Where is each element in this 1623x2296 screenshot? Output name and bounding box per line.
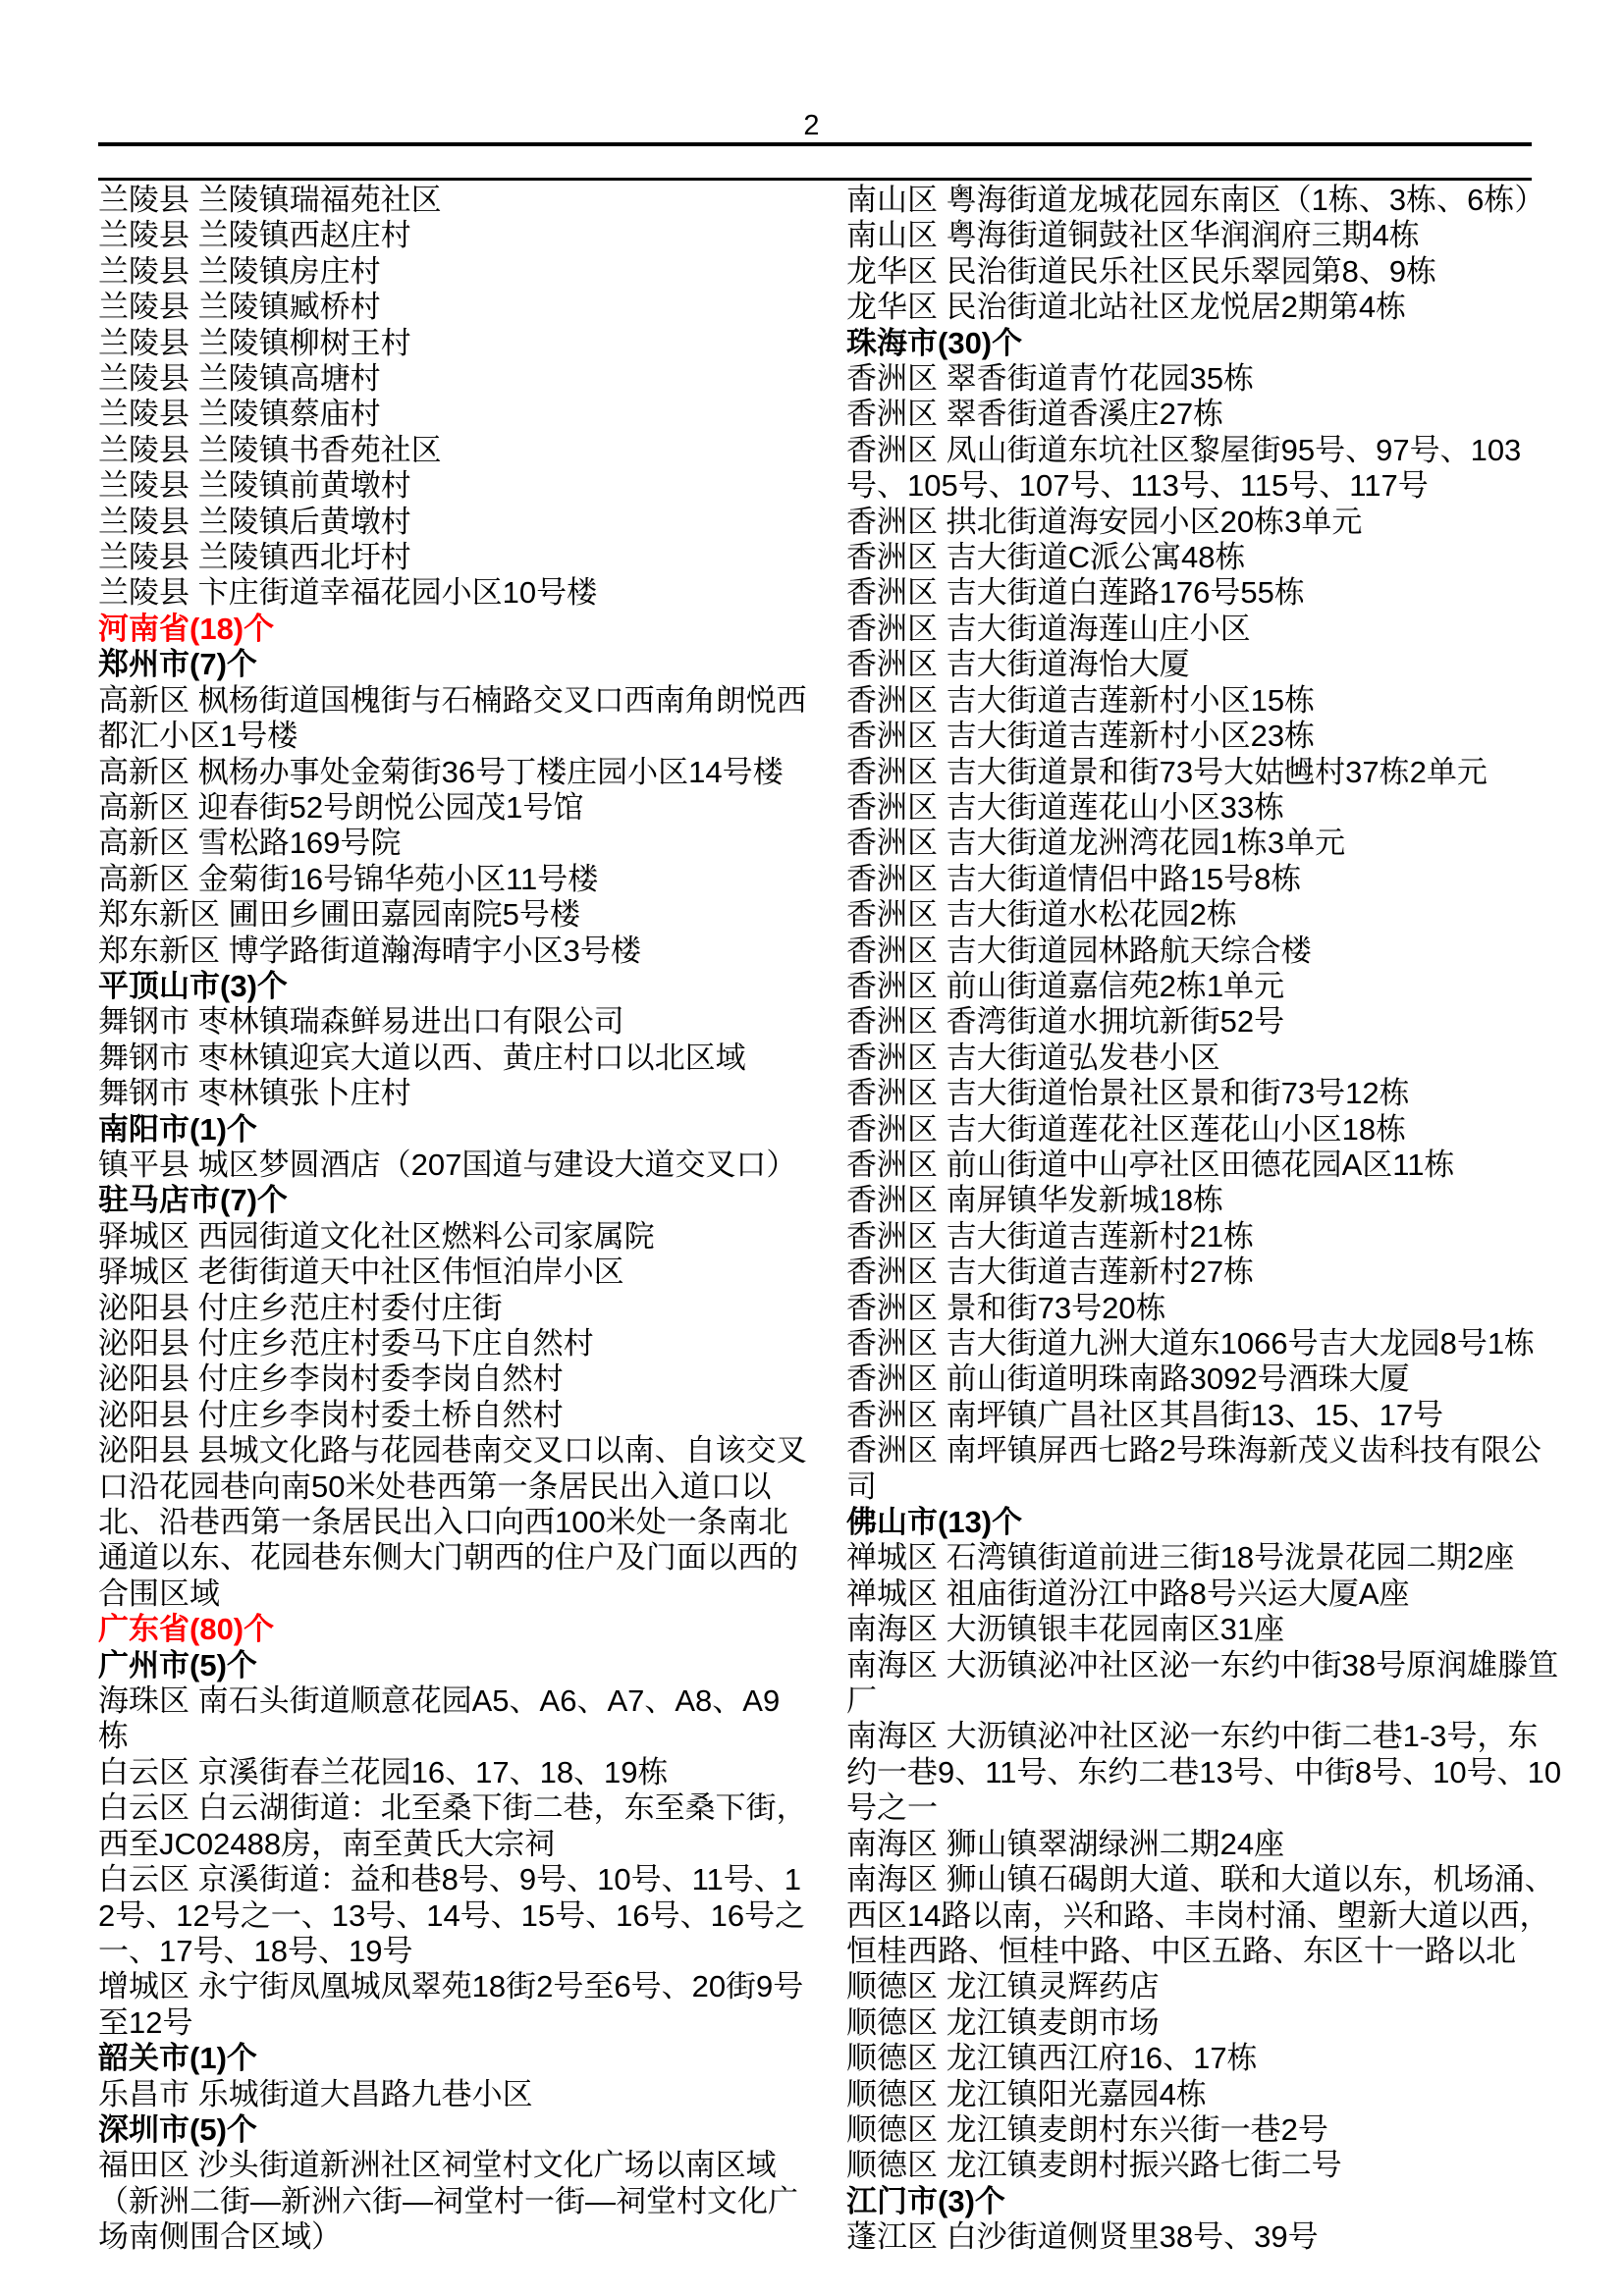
area-item: 龙华区 民治街道北站社区龙悦居2期第4栋 (846, 290, 1563, 325)
area-item: 兰陵县 兰陵镇西赵庄村 (98, 218, 809, 253)
area-item: 舞钢市 枣林镇瑞森鲜易进出口有限公司 (98, 1004, 809, 1040)
header-rule-bottom (98, 178, 1532, 181)
header-rule-top (98, 142, 1532, 146)
city-header: 珠海市(30)个 (846, 326, 1563, 361)
area-item: 香洲区 前山街道明珠南路3092号酒珠大厦 (846, 1362, 1563, 1397)
area-item: 顺德区 龙江镇麦朗村振兴路七街二号 (846, 2148, 1563, 2183)
city-header: 佛山市(13)个 (846, 1505, 1563, 1540)
area-item: 龙华区 民治街道民乐社区民乐翠园第8、9栋 (846, 254, 1563, 290)
area-item: 兰陵县 兰陵镇高塘村 (98, 361, 809, 397)
page-number: 2 (0, 110, 1623, 141)
area-item: 香洲区 拱北街道海安园小区20栋3单元 (846, 505, 1563, 540)
city-header: 平顶山市(3)个 (98, 969, 809, 1004)
area-item: 福田区 沙头街道新洲社区祠堂村文化广场以南区域（新洲二街—新洲六街—祠堂村一街—… (98, 2148, 809, 2255)
area-item: 香洲区 吉大街道吉莲新村小区15栋 (846, 683, 1563, 719)
area-item: 高新区 迎春街52号朗悦公园茂1号馆 (98, 790, 809, 826)
area-item: 兰陵县 兰陵镇后黄墩村 (98, 505, 809, 540)
city-header: 广州市(5)个 (98, 1648, 809, 1683)
area-item: 香洲区 吉大街道莲花社区莲花山小区18栋 (846, 1112, 1563, 1148)
area-item: 香洲区 凤山街道东坑社区黎屋街95号、97号、103号、105号、107号、11… (846, 433, 1563, 505)
area-item: 白云区 京溪街春兰花园16、17、18、19栋 (98, 1755, 809, 1790)
area-item: 兰陵县 卞庄街道幸福花园小区10号楼 (98, 575, 809, 611)
area-item: 香洲区 翠香街道香溪庄27栋 (846, 397, 1563, 432)
area-item: 郑东新区 博学路街道瀚海晴宇小区3号楼 (98, 934, 809, 969)
area-item: 舞钢市 枣林镇张卜庄村 (98, 1076, 809, 1111)
right-column: 南山区 粤海街道龙城花园东南区（1栋、3栋、6栋）南山区 粤海街道铜鼓社区华润润… (846, 183, 1563, 2256)
area-item: 泌阳县 付庄乡范庄村委马下庄自然村 (98, 1326, 809, 1362)
area-item: 兰陵县 兰陵镇房庄村 (98, 254, 809, 290)
province-header: 广东省(80)个 (98, 1612, 809, 1647)
area-item: 香洲区 吉大街道吉莲新村小区23栋 (846, 719, 1563, 754)
area-item: 南海区 大沥镇泌冲社区泌一东约中街二巷1-3号，东约一巷9、11号、东约二巷13… (846, 1719, 1563, 1826)
area-item: 镇平县 城区梦圆酒店（207国道与建设大道交叉口） (98, 1148, 809, 1183)
area-item: 香洲区 吉大街道白莲路176号55栋 (846, 575, 1563, 611)
area-item: 海珠区 南石头街道顺意花园A5、A6、A7、A8、A9栋 (98, 1683, 809, 1755)
area-item: 香洲区 香湾街道水拥坑新街52号 (846, 1004, 1563, 1040)
area-item: 驿城区 老街街道天中社区伟恒泊岸小区 (98, 1255, 809, 1290)
area-item: 香洲区 吉大街道园林路航天综合楼 (846, 934, 1563, 969)
area-item: 香洲区 吉大街道龙洲湾花园1栋3单元 (846, 826, 1563, 861)
area-item: 禅城区 祖庙街道汾江中路8号兴运大厦A座 (846, 1576, 1563, 1612)
area-item: 香洲区 吉大街道吉莲新村21栋 (846, 1219, 1563, 1255)
area-item: 禅城区 石湾镇街道前进三街18号泷景花园二期2座 (846, 1540, 1563, 1575)
area-item: 兰陵县 兰陵镇蔡庙村 (98, 397, 809, 432)
area-item: 兰陵县 兰陵镇瑞福苑社区 (98, 183, 809, 218)
area-item: 蓬江区 白沙街道侧贤里38号、39号 (846, 2219, 1563, 2255)
area-item: 泌阳县 付庄乡李岗村委李岗自然村 (98, 1362, 809, 1397)
area-item: 泌阳县 付庄乡范庄村委付庄街 (98, 1291, 809, 1326)
area-item: 乐昌市 乐城街道大昌路九巷小区 (98, 2077, 809, 2112)
area-item: 顺德区 龙江镇西江府16、17栋 (846, 2041, 1563, 2076)
area-item: 白云区 京溪街道：益和巷8号、9号、10号、11号、12号、12号之一、13号、… (98, 1862, 809, 1969)
document-page: 2 兰陵县 兰陵镇瑞福苑社区兰陵县 兰陵镇西赵庄村兰陵县 兰陵镇房庄村兰陵县 兰… (0, 0, 1623, 2296)
area-item: 香洲区 景和街73号20栋 (846, 1291, 1563, 1326)
area-item: 兰陵县 兰陵镇书香苑社区 (98, 433, 809, 468)
city-header: 韶关市(1)个 (98, 2041, 809, 2076)
area-item: 驿城区 西园街道文化社区燃料公司家属院 (98, 1219, 809, 1255)
province-header: 河南省(18)个 (98, 612, 809, 647)
area-item: 香洲区 吉大街道景和街73号大姑乸村37栋2单元 (846, 755, 1563, 790)
area-item: 顺德区 龙江镇麦朗市场 (846, 2005, 1563, 2041)
area-item: 南海区 大沥镇泌冲社区泌一东约中街38号原润雄滕笪厂 (846, 1648, 1563, 1720)
left-column: 兰陵县 兰陵镇瑞福苑社区兰陵县 兰陵镇西赵庄村兰陵县 兰陵镇房庄村兰陵县 兰陵镇… (98, 183, 809, 2256)
area-item: 香洲区 南坪镇广昌社区其昌街13、15、17号 (846, 1398, 1563, 1433)
area-item: 高新区 枫杨街道国槐街与石楠路交叉口西南角朗悦西都汇小区1号楼 (98, 683, 809, 755)
area-item: 顺德区 龙江镇阳光嘉园4栋 (846, 2077, 1563, 2112)
area-item: 郑东新区 圃田乡圃田嘉园南院5号楼 (98, 897, 809, 933)
area-item: 香洲区 吉大街道九洲大道东1066号吉大龙园8号1栋 (846, 1326, 1563, 1362)
area-item: 高新区 金菊街16号锦华苑小区11号楼 (98, 862, 809, 897)
city-header: 江门市(3)个 (846, 2184, 1563, 2219)
area-item: 兰陵县 兰陵镇臧桥村 (98, 290, 809, 325)
area-item: 香洲区 吉大街道怡景社区景和街73号12栋 (846, 1076, 1563, 1111)
area-item: 高新区 雪松路169号院 (98, 826, 809, 861)
area-item: 增城区 永宁街凤凰城凤翠苑18街2号至6号、20街9号至12号 (98, 1969, 809, 2041)
area-item: 香洲区 南屏镇华发新城18栋 (846, 1183, 1563, 1218)
area-item: 香洲区 吉大街道莲花山小区33栋 (846, 790, 1563, 826)
area-item: 香洲区 吉大街道海怡大厦 (846, 647, 1563, 682)
city-header: 驻马店市(7)个 (98, 1183, 809, 1218)
area-item: 香洲区 吉大街道吉莲新村27栋 (846, 1255, 1563, 1290)
area-item: 南海区 狮山镇翠湖绿洲二期24座 (846, 1827, 1563, 1862)
area-item: 香洲区 吉大街道情侣中路15号8栋 (846, 862, 1563, 897)
area-item: 南海区 狮山镇石碣朗大道、联和大道以东，机场涌、西区14路以南，兴和路、丰岗村涌… (846, 1862, 1563, 1969)
area-item: 南山区 粤海街道铜鼓社区华润润府三期4栋 (846, 218, 1563, 253)
area-item: 泌阳县 县城文化路与花园巷南交叉口以南、自该交叉口沿花园巷向南50米处巷西第一条… (98, 1433, 809, 1612)
area-item: 顺德区 龙江镇灵辉药店 (846, 1969, 1563, 2004)
area-item: 泌阳县 付庄乡李岗村委土桥自然村 (98, 1398, 809, 1433)
area-item: 香洲区 吉大街道水松花园2栋 (846, 897, 1563, 933)
area-item: 白云区 白云湖街道：北至桑下街二巷，东至桑下街，西至JC02488房，南至黄氏大… (98, 1790, 809, 1862)
city-header: 南阳市(1)个 (98, 1112, 809, 1148)
area-item: 兰陵县 兰陵镇西北圩村 (98, 540, 809, 575)
area-item: 香洲区 吉大街道弘发巷小区 (846, 1041, 1563, 1076)
area-item: 香洲区 前山街道嘉信苑2栋1单元 (846, 969, 1563, 1004)
area-item: 兰陵县 兰陵镇柳树王村 (98, 326, 809, 361)
area-item: 高新区 枫杨办事处金菊街36号丁楼庄园小区14号楼 (98, 755, 809, 790)
area-item: 香洲区 翠香街道青竹花园35栋 (846, 361, 1563, 397)
city-header: 深圳市(5)个 (98, 2112, 809, 2148)
area-item: 香洲区 吉大街道海莲山庄小区 (846, 612, 1563, 647)
area-item: 南海区 大沥镇银丰花园南区31座 (846, 1612, 1563, 1647)
city-header: 郑州市(7)个 (98, 647, 809, 682)
area-item: 顺德区 龙江镇麦朗村东兴街一巷2号 (846, 2112, 1563, 2148)
area-item: 舞钢市 枣林镇迎宾大道以西、黄庄村口以北区域 (98, 1041, 809, 1076)
area-item: 南山区 粤海街道龙城花园东南区（1栋、3栋、6栋） (846, 183, 1563, 218)
area-item: 兰陵县 兰陵镇前黄墩村 (98, 468, 809, 504)
area-item: 香洲区 南坪镇屏西七路2号珠海新茂义齿科技有限公司 (846, 1433, 1563, 1505)
area-item: 香洲区 前山街道中山亭社区田德花园A区11栋 (846, 1148, 1563, 1183)
area-item: 香洲区 吉大街道C派公寓48栋 (846, 540, 1563, 575)
